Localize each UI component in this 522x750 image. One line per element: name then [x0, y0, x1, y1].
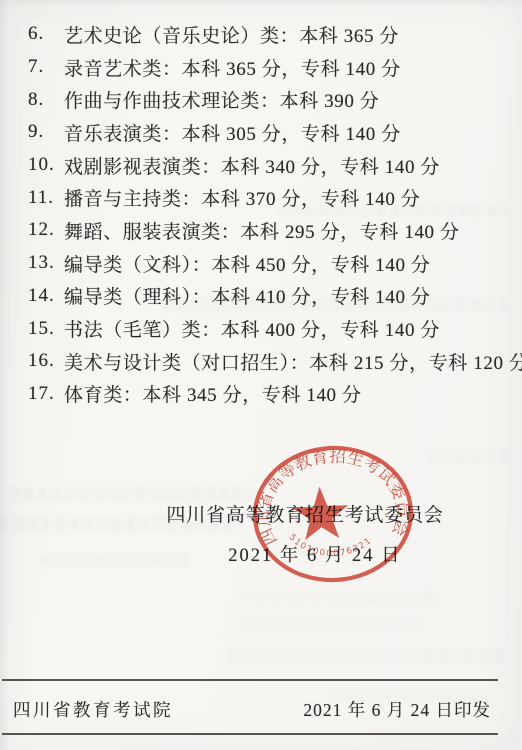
item-number: 17.: [28, 383, 64, 405]
bleedthrough-smudge: [10, 487, 253, 500]
item-text: 编导类（文科）：本科 450 分，专科 140 分: [64, 250, 431, 277]
item-text: 舞蹈、服装表演类：本科 295 分，专科 140 分: [64, 217, 460, 244]
seal-code: 5101000076321: [286, 528, 375, 561]
item-text: 作曲与作曲技术理论类：本科 390 分: [64, 86, 379, 113]
item-text: 编导类（理科）：本科 410 分，专科 140 分: [64, 282, 431, 309]
item-text: 播音与主持类：本科 370 分，专科 140 分: [64, 184, 420, 211]
list-item: 8. 作曲与作曲技术理论类：本科 390 分: [28, 83, 512, 116]
footer-rule-bottom: [2, 733, 498, 735]
item-number: 6.: [28, 23, 64, 45]
score-list: 6. 艺术史论（音乐史论）类：本科 365 分 7. 录音艺术类：本科 365 …: [28, 18, 512, 410]
item-text: 录音艺术类：本科 365 分，专科 140 分: [64, 54, 401, 81]
list-item: 17. 体育类：本科 345 分，专科 140 分: [28, 378, 512, 411]
bleedthrough-smudge: [240, 618, 420, 629]
item-number: 12.: [28, 219, 64, 241]
item-number: 16.: [28, 350, 64, 372]
bleedthrough-smudge: [228, 650, 508, 662]
official-seal: 四川省高等教育招生考试委员会 5101000076321: [229, 422, 438, 608]
item-number: 14.: [28, 285, 64, 307]
list-item: 6. 艺术史论（音乐史论）类：本科 365 分: [28, 18, 512, 51]
footer-rule-top: [2, 679, 498, 681]
list-item: 15. 书法（毛笔）类：本科 400 分，专科 140 分: [28, 312, 512, 345]
item-text: 音乐表演类：本科 305 分，专科 140 分: [64, 119, 401, 146]
item-text: 美术与设计类（对口招生）：本科 215 分，专科 120 分: [64, 348, 522, 375]
seal-graphic: 四川省高等教育招生考试委员会 5101000076321: [229, 422, 438, 608]
list-item: 9. 音乐表演类：本科 305 分，专科 140 分: [28, 116, 512, 149]
item-number: 9.: [28, 121, 64, 143]
item-number: 7.: [28, 56, 64, 78]
list-item: 10. 戏剧影视表演类：本科 340 分，专科 140 分: [28, 149, 512, 182]
svg-text:5101000076321: 5101000076321: [286, 528, 375, 561]
list-item: 7. 录音艺术类：本科 365 分，专科 140 分: [28, 51, 512, 84]
list-item: 13. 编导类（文科）：本科 450 分，专科 140 分: [28, 247, 512, 280]
footer-print-date: 2021 年 6 月 24 日印发: [303, 697, 491, 722]
item-number: 13.: [28, 252, 64, 274]
item-number: 11.: [28, 187, 64, 209]
item-text: 书法（毛笔）类：本科 400 分，专科 140 分: [64, 315, 440, 342]
list-item: 11. 播音与主持类：本科 370 分，专科 140 分: [28, 181, 512, 214]
item-text: 戏剧影视表演类：本科 340 分，专科 140 分: [64, 152, 440, 179]
item-text: 体育类：本科 345 分，专科 140 分: [64, 380, 362, 407]
footer-issuing-office: 四川省教育考试院: [13, 697, 173, 722]
scanned-document-page: 6. 艺术史论（音乐史论）类：本科 365 分 7. 录音艺术类：本科 365 …: [0, 0, 522, 750]
list-item: 16. 美术与设计类（对口招生）：本科 215 分，专科 120 分: [28, 345, 512, 378]
item-text: 艺术史论（音乐史论）类：本科 365 分: [64, 21, 399, 48]
seal-star-icon: [292, 485, 350, 540]
list-item: 14. 编导类（理科）：本科 410 分，专科 140 分: [28, 280, 512, 313]
bleedthrough-smudge: [428, 450, 514, 463]
list-item: 12. 舞蹈、服装表演类：本科 295 分，专科 140 分: [28, 214, 512, 247]
item-number: 8.: [28, 89, 64, 111]
item-number: 10.: [28, 154, 64, 176]
item-number: 15.: [28, 318, 64, 340]
